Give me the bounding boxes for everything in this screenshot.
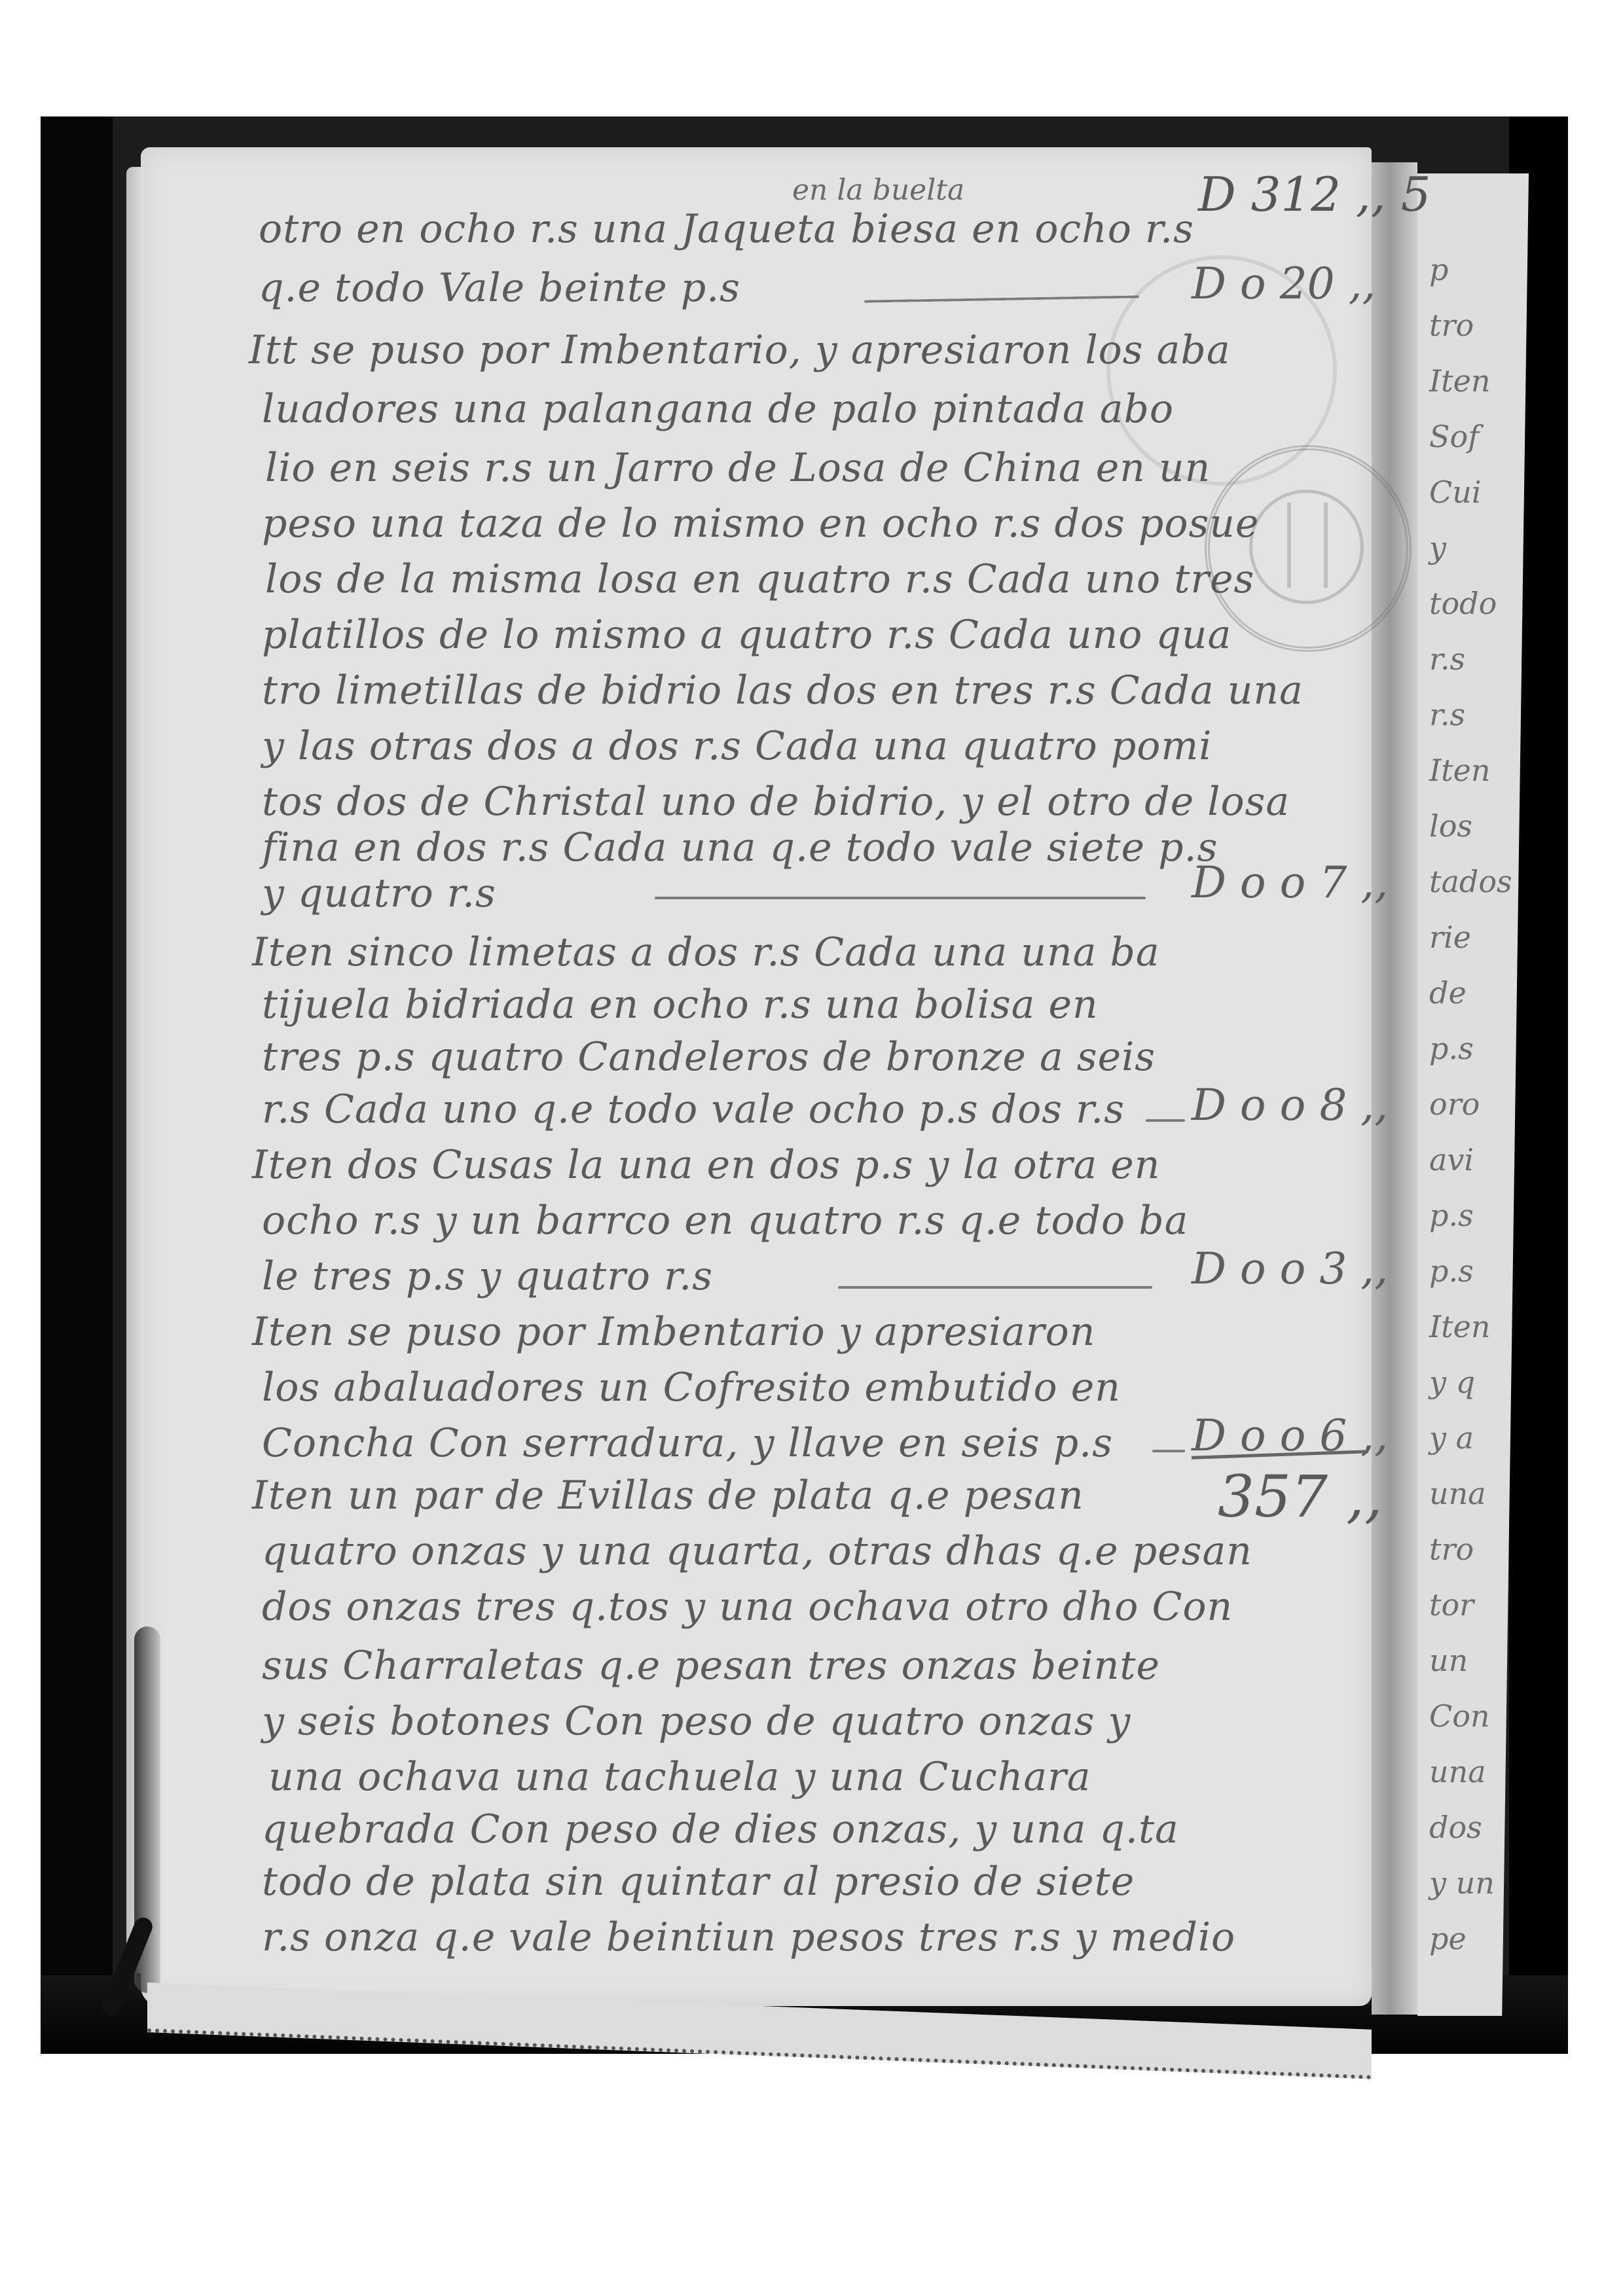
text-line: y las otras dos a dos r.s Cada una quatr… <box>262 723 1213 769</box>
text-line: Itt se puso por Imbentario, y apresiaron… <box>249 327 1231 373</box>
fragment-word: tor <box>1429 1587 1474 1623</box>
fragment-word: Iten <box>1429 753 1491 788</box>
fragment-word: de <box>1429 975 1467 1011</box>
fragment-word: tados <box>1429 864 1512 899</box>
fragment-word: p.s <box>1429 1198 1474 1233</box>
margin-amount: D o o 7 ,, <box>1192 857 1388 908</box>
fragment-word: r.s <box>1429 641 1465 677</box>
text-line: platillos de lo mismo a quatro r.s Cada … <box>262 612 1231 658</box>
fragment-word: Sof <box>1429 419 1479 454</box>
text-line: todo de plata sin quintar al presio de s… <box>262 1859 1135 1905</box>
text-line: luadores una palangana de palo pintada a… <box>262 386 1174 432</box>
fragment-word: tro <box>1429 308 1474 343</box>
carried-total: D 312 ,, 5 <box>1198 167 1431 222</box>
text-line: le tres p.s y quatro r.s <box>262 1253 713 1299</box>
fragment-word: Iten <box>1429 1309 1491 1344</box>
text-line: q.e todo Vale beinte p.s <box>259 265 740 311</box>
margin-amount: D o 20 ,, <box>1192 259 1376 309</box>
text-line: y seis botones Con peso de quatro onzas … <box>262 1698 1131 1744</box>
text-line: una ochava una tachuela y una Cuchara <box>268 1754 1091 1800</box>
fragment-word: Iten <box>1429 363 1491 399</box>
notarial-seal-stamp <box>1205 445 1412 652</box>
fragment-word: p <box>1429 252 1448 287</box>
text-line: tos dos de Christal uno de bidrio, y el … <box>262 779 1290 825</box>
margin-amount: D o o 8 ,, <box>1192 1080 1388 1130</box>
fragment-word: p.s <box>1429 1031 1474 1066</box>
page-total: 357 ,, <box>1218 1463 1383 1530</box>
worn-bottom-edge <box>147 1982 1372 2079</box>
fragment-word: y a <box>1429 1420 1474 1456</box>
text-line: quatro onzas y una quarta, otras dhas q.… <box>262 1528 1252 1574</box>
text-line: Iten dos Cusas la una en dos p.s y la ot… <box>252 1142 1160 1188</box>
fragment-word: rie <box>1429 920 1471 955</box>
fragment-word: dos <box>1429 1810 1482 1845</box>
text-line: Iten un par de Evillas de plata q.e pesa… <box>252 1473 1084 1518</box>
text-line: dos onzas tres q.tos y una ochava otro d… <box>262 1584 1233 1630</box>
text-line: lio en seis r.s un Jarro de Losa de Chin… <box>265 445 1211 491</box>
fragment-word: y un <box>1429 1865 1495 1901</box>
text-line: ocho r.s y un barrco en quatro r.s q.e t… <box>262 1198 1188 1244</box>
seal-cross-emblem <box>1287 503 1328 588</box>
fragment-word: todo <box>1429 586 1497 621</box>
text-line: sus Charraletas q.e pesan tres onzas bei… <box>262 1643 1160 1689</box>
fragment-word: pe <box>1429 1921 1467 1956</box>
fragment-word: Con <box>1429 1698 1490 1734</box>
text-line: peso una taza de lo mismo en ocho r.s do… <box>262 501 1259 547</box>
text-line: Iten sinco limetas a dos r.s Cada una un… <box>252 929 1160 975</box>
line-filler-dash <box>1152 1450 1185 1452</box>
fragment-word: Cui <box>1429 475 1482 510</box>
text-line: tro limetillas de bidrio las dos en tres… <box>262 668 1304 713</box>
running-header-note: en la buelta <box>792 173 964 207</box>
line-filler-dash <box>1146 1119 1185 1122</box>
fragment-word: una <box>1429 1476 1486 1511</box>
text-line: quebrada Con peso de dies onzas, y una q… <box>262 1806 1179 1852</box>
fragment-word: p.s <box>1429 1253 1474 1289</box>
text-line: r.s onza q.e vale beintiun pesos tres r.… <box>262 1914 1235 1960</box>
text-line: los de la misma losa en quatro r.s Cada … <box>265 556 1254 602</box>
fragment-word: los <box>1429 808 1472 844</box>
text-line: Iten se puso por Imbentario y apresiaron <box>252 1309 1095 1355</box>
line-filler-dash <box>655 897 1146 899</box>
text-line: otro en ocho r.s una Jaqueta biesa en oc… <box>259 206 1194 252</box>
fragment-word: tro <box>1429 1532 1474 1567</box>
fragment-word: un <box>1429 1643 1468 1678</box>
margin-amount: D o o 3 ,, <box>1192 1244 1388 1294</box>
text-line: y quatro r.s <box>262 870 496 916</box>
text-line: Concha Con serradura, y llave en seis p.… <box>262 1420 1113 1466</box>
fragment-word: una <box>1429 1754 1486 1789</box>
fragment-word: r.s <box>1429 697 1465 732</box>
text-line: r.s Cada uno q.e todo vale ocho p.s dos … <box>262 1086 1125 1132</box>
text-line: fina en dos r.s Cada una q.e todo vale s… <box>262 825 1218 870</box>
fragment-word: y q <box>1429 1365 1475 1400</box>
text-line: los abaluadores un Cofresito embutido en <box>262 1365 1121 1410</box>
text-line: tijuela bidriada en ocho r.s una bolisa … <box>262 982 1099 1028</box>
text-line: tres p.s quatro Candeleros de bronze a s… <box>262 1034 1156 1080</box>
fragment-word: avi <box>1429 1142 1474 1177</box>
fragment-word: y <box>1429 530 1446 565</box>
line-filler-dash <box>838 1286 1152 1289</box>
scan-left-border <box>41 117 113 2054</box>
fragment-word: oro <box>1429 1086 1480 1122</box>
